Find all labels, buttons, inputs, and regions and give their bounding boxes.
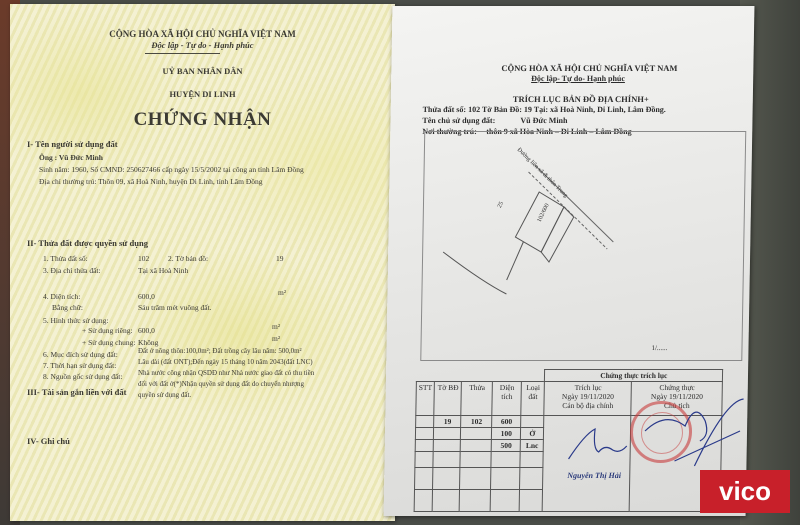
extract-motto: Độc lập- Tự do- Hạnh phúc: [531, 74, 625, 83]
owner-address: Địa chỉ thường trú: Thôn 09, xã Hoà Ninh…: [39, 177, 263, 186]
owner-birth-id: Sinh năm: 1960, Số CMND: 250627466 cấp n…: [39, 165, 304, 174]
cell: [434, 428, 461, 440]
cell: 600: [492, 416, 521, 428]
signer-name: Nguyễn Thị Hải: [567, 471, 621, 480]
motto: Độc lập - Tự do - Hạnh phúc: [10, 40, 395, 50]
private-use-value: 600,0: [138, 326, 155, 335]
divider: [145, 53, 220, 54]
owner-name: Ông : Vũ Đức Minh: [39, 153, 103, 162]
land-use-certificate: CỘNG HÒA XÃ HỘI CHỦ NGHĨA VIỆT NAM Độc l…: [10, 4, 395, 521]
col-header: STT: [416, 382, 435, 416]
cell: [415, 428, 434, 440]
cell: 102: [461, 416, 492, 428]
cell: [434, 440, 461, 452]
cell: [461, 440, 492, 452]
area-unit-2: m²: [272, 322, 280, 331]
extract-parcel-line: Thửa đất số: 102 Tờ Bản Đồ: 19 Tại: xã H…: [423, 105, 666, 114]
location-label: 3. Địa chỉ thửa đất:: [43, 266, 101, 275]
section-2-heading: II- Thửa đất được quyền sử dụng: [27, 238, 148, 248]
cell: [416, 416, 435, 428]
shared-use-label: + Sử dụng chung:: [82, 338, 136, 347]
usage-form-label: 5. Hình thức sử dụng:: [43, 316, 108, 325]
extract-col-date: Ngày 19/11/2020: [547, 392, 629, 401]
certificate-title: CHỨNG NHẬN: [10, 109, 395, 131]
col-header: Diện tích: [492, 382, 522, 416]
area-label: 4. Diện tích:: [43, 292, 80, 301]
cell: 500: [492, 440, 521, 452]
district: HUYỆN DI LINH: [10, 89, 395, 99]
extract-col-title: Trích lục: [547, 383, 629, 392]
signature-cadastral-officer: [564, 424, 635, 464]
area-unit: m²: [278, 288, 286, 297]
issuer: UỶ BAN NHÂN DÂN: [10, 66, 395, 76]
section-3-heading: III- Tài sản gắn liền với đất: [27, 387, 127, 397]
origin-value-line-2: đối với đất ở(*)Nhận quyền sử dụng đất d…: [138, 380, 304, 388]
nation-header: CỘNG HÒA XÃ HỘI CHỦ NGHĨA VIỆT NAM: [10, 29, 395, 39]
parcel-map-drawing: [421, 132, 745, 360]
cell: 19: [434, 416, 461, 428]
cell: Ở: [521, 428, 544, 440]
cell: [415, 440, 434, 452]
extract-owner-value: Vũ Đức Minh: [520, 116, 567, 125]
location-value: Tại xã Hoà Ninh: [138, 266, 188, 275]
section-1-heading: I- Tên người sử dụng đất: [27, 139, 118, 149]
words-value: Sáu trăm mét vuông đất.: [138, 303, 212, 312]
cell: [521, 416, 544, 428]
col-header: Thửa: [461, 382, 493, 416]
extract-nation-header: CỘNG HÒA XÃ HỘI CHỦ NGHĨA VIỆT NAM: [501, 63, 677, 73]
parcel-value: 102: [138, 254, 149, 263]
cell: Lnc: [521, 440, 544, 452]
table-caption: Chứng thực trích lục: [545, 370, 723, 382]
signature-chairman: [634, 391, 745, 471]
words-label: Bằng chữ:: [52, 303, 83, 312]
vico-watermark-logo: vico: [700, 470, 790, 513]
map-sheet-value: 19: [276, 254, 284, 263]
col-header: Tờ BĐ: [434, 382, 462, 416]
extract-owner-label: Tên chủ sử dụng đất:: [422, 116, 495, 125]
parcel-map: Đường liên xã đi thôn Trung 102/600 25 1…: [420, 131, 746, 361]
cadastral-extract: CỘNG HÒA XÃ HỘI CHỦ NGHĨA VIỆT NAM Độc l…: [384, 6, 755, 516]
extract-title: TRÍCH LỤC BẢN ĐỒ ĐỊA CHÍNH+: [513, 94, 649, 104]
shared-use-value: Không: [138, 338, 158, 347]
area-unit-3: m²: [272, 334, 280, 343]
term-label: 7. Thời hạn sử dụng đất:: [43, 361, 116, 370]
private-use-label: + Sử dụng riêng:: [82, 326, 133, 335]
section-4-heading: IV- Ghi chú: [27, 436, 70, 446]
parcel-label: 1. Thửa đất số:: [43, 254, 88, 263]
origin-label: 8. Nguồn gốc sử dụng đất:: [43, 372, 122, 381]
purpose-label: 6. Mục đích sử dụng đất:: [43, 350, 118, 359]
origin-value-line-1: Nhà nước công nhận QSDĐ như Nhà nước gia…: [138, 369, 314, 377]
extract-col-header: Trích lục Ngày 19/11/2020 Cán bộ địa chí…: [544, 382, 632, 416]
origin-value-line-3: quyền sử dụng đất.: [138, 391, 191, 399]
col-header: Loại đất: [521, 382, 545, 416]
cell: [461, 428, 492, 440]
cell: 100: [492, 428, 521, 440]
area-value: 600,0: [138, 292, 155, 301]
purpose-value: Đất ở nông thôn:100,0m²; Đất trồng cây l…: [138, 347, 302, 355]
term-value: Lâu dài (đất ONT);Đến ngày 15 tháng 10 n…: [138, 358, 313, 366]
map-scale: 1/......: [651, 344, 667, 352]
extract-col-role: Cán bộ địa chính: [547, 401, 629, 410]
map-sheet-label: 2. Tờ bản đồ:: [168, 254, 208, 263]
